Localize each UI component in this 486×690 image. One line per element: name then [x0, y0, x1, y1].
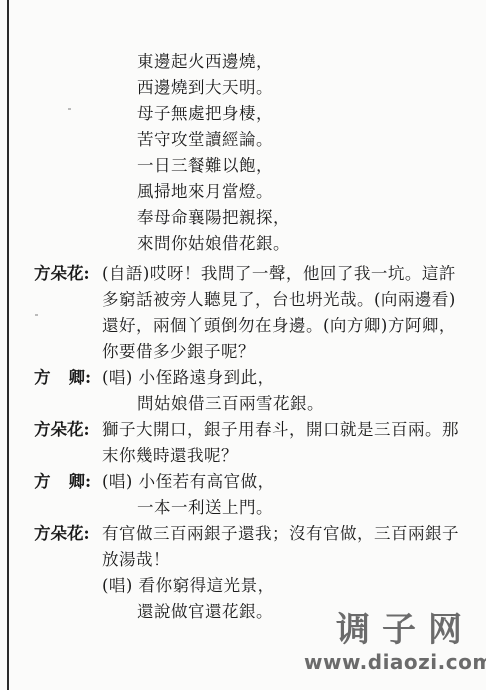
speaker-surname: 方 — [34, 368, 51, 387]
dialogue-line: (自語)哎呀！我問了一聲，他回了我一坑。這許 — [102, 264, 456, 284]
dialogue-line: 多窮話被旁人聽見了，台也坍光哉。(向兩邊看) — [102, 290, 456, 310]
dialogue-line: 還說做官還花銀。 — [137, 602, 273, 622]
dialogue-line: 一本一利送上門。 — [137, 498, 273, 518]
dialogue-line: 有官做三百兩銀子還我；沒有官做，三百兩銀子 — [102, 524, 459, 544]
dialogue-line: (唱) 小侄若有高官做， — [102, 472, 275, 492]
speaker-label: 方朵花: — [34, 524, 90, 544]
dialogue-line: 獅子大開口，銀子用春斗，開口就是三百兩。那 — [102, 420, 459, 440]
speaker-given-name: 卿: — [69, 368, 92, 387]
dialogue-line: 還好，兩個丫頭倒勿在身邊。(向方卿)方阿卿， — [102, 316, 456, 336]
dialogue-line: 放湯哉！ — [102, 550, 170, 570]
verse-line: 奉母命襄陽把親探， — [137, 208, 290, 228]
dialogue-line: 問姑娘借三百兩雪花銀。 — [137, 394, 324, 414]
page-border-rule — [7, 0, 9, 690]
speaker-label: 方卿: — [34, 368, 91, 388]
verse-line: 西邊燒到大天明。 — [137, 78, 273, 98]
speaker-given-name: 卿: — [69, 472, 92, 491]
watermark: 调子网 www.diaozi.com — [318, 610, 486, 674]
verse-line: 母子無處把身棲， — [137, 104, 273, 124]
scan-speck — [35, 314, 38, 316]
verse-line: 苦守攻堂讀經論。 — [137, 130, 273, 150]
verse-line: 東邊起火西邊燒， — [137, 52, 273, 72]
dialogue-line: (唱) 看你窮得這光景， — [102, 576, 275, 596]
dialogue-line: 末你幾時還我呢？ — [102, 446, 238, 466]
verse-line: 一日三餐難以飽， — [137, 156, 273, 176]
speaker-label: 方朵花: — [34, 420, 90, 440]
verse-line: 風掃地來月當燈。 — [137, 182, 273, 202]
dialogue-line: 你要借多少銀子呢？ — [102, 342, 255, 362]
speaker-surname: 方 — [34, 472, 51, 491]
scan-speck — [68, 108, 71, 110]
speaker-label: 方朵花: — [34, 264, 90, 284]
dialogue-line: (唱) 小侄路遠身到此， — [102, 368, 275, 388]
verse-line: 來問你姑娘借花銀。 — [137, 234, 290, 254]
speaker-label: 方卿: — [34, 472, 91, 492]
watermark-url: www.diaozi.com — [304, 650, 486, 674]
watermark-site-name: 调子网 — [324, 610, 486, 650]
